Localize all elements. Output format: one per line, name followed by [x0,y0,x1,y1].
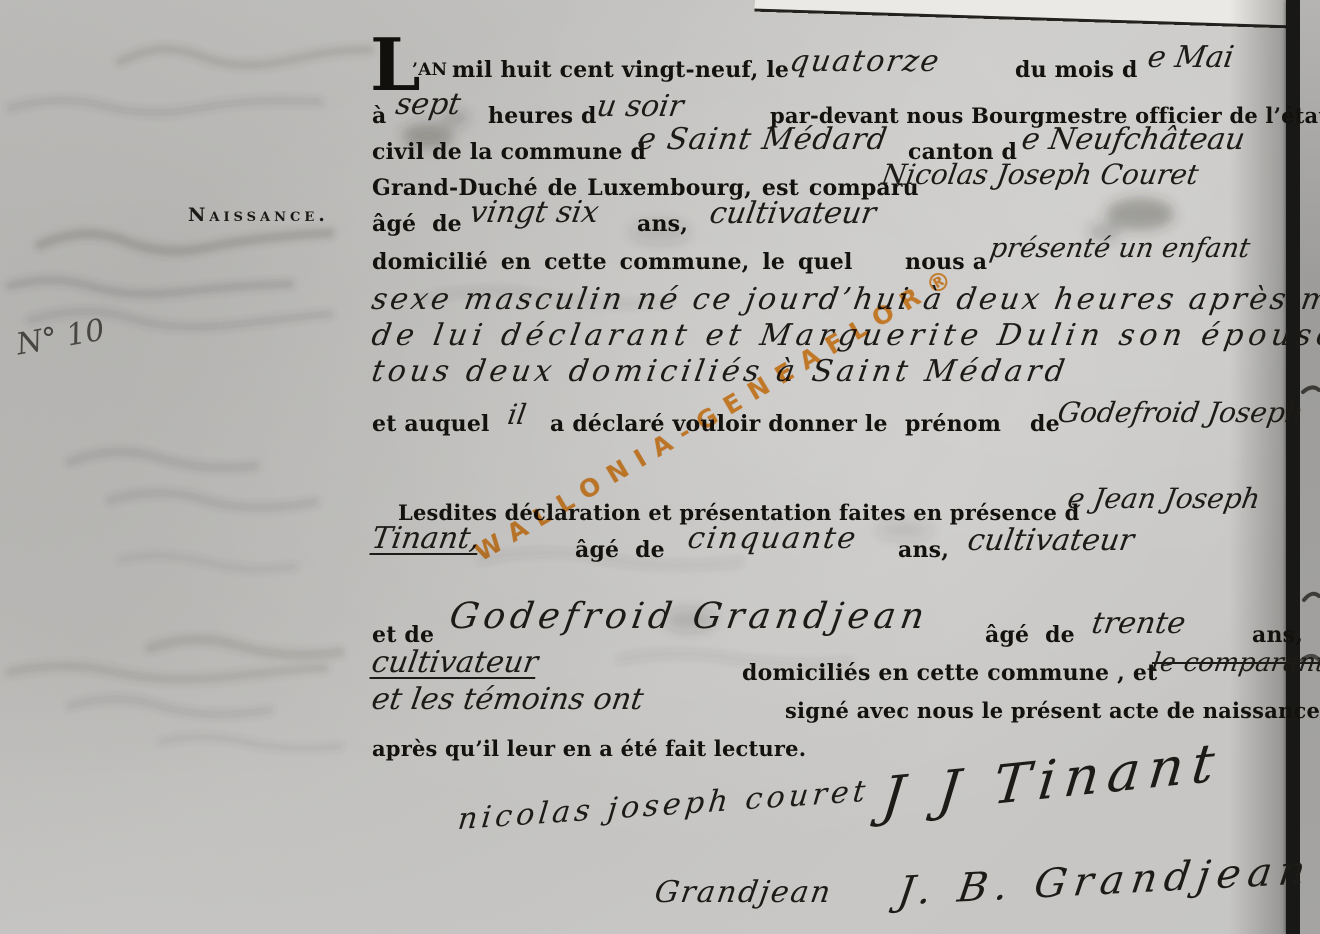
prenom-printed: prénom [905,411,1001,437]
act-hour-handwritten: sept [393,87,463,122]
parents-domicile-handwritten: tous deux domiciliés à Saint Médard [369,354,1071,389]
witness2-ans-printed: ans, [1252,622,1303,648]
act-year-printed: mil huit cent vingt-neuf, le [452,57,789,83]
witness1-age-handwritten: cinquante [685,521,860,556]
canton-handwritten: e Neufchâteau [1019,122,1247,157]
act-month-handwritten: e Mai [1145,40,1236,75]
commune-label-printed: civil de la commune d [372,139,646,165]
lecture-printed: après qu’il leur en a été fait lecture. [372,736,806,761]
ans-printed: ans, [637,211,688,237]
witness1-firstname-handwritten: e Jean Joseph [1065,482,1262,515]
signature-witness1: J J Tinant [879,731,1226,829]
hour-label-printed: heures d [488,103,597,129]
declarant-age-handwritten: vingt six [467,195,601,230]
child-birth-handwritten: sexe masculin né ce jourd’hui à deux heu… [369,282,1320,317]
act-period-handwritten: u soir [594,89,686,124]
act-type-label: Naissance. [188,204,329,226]
declarant-occupation-handwritten: cultivateur [707,196,878,231]
witness2-name-handwritten: Godefroid Grandjean [447,596,932,637]
witness1-ans-printed: ans, [898,537,949,563]
act-day-handwritten: quatorze [787,44,943,79]
signed-printed: signé avec nous le présent acte de naiss… [785,698,1320,723]
act-an-smallcaps: ’AN [412,60,447,80]
pronoun-handwritten: il [505,398,528,431]
domicile-printed: domicilié en cette commune, le quel [372,249,853,275]
witness2-age-handwritten: trente [1089,606,1188,641]
witness1-surname-handwritten: Tinant, [369,521,482,556]
witness1-age-label-printed: âgé de [575,537,665,563]
witness1-occupation-handwritten: cultivateur [965,523,1136,558]
hour-prefix-printed: à [372,103,386,129]
declarant-name-handwritten: Nicolas Joseph Couret [879,158,1201,191]
age-label-printed: âgé de [372,211,462,237]
signature-declarant: nicolas joseph couret [456,774,871,837]
comparant-handwritten: le comparant [1150,648,1320,678]
witness2-age-label-printed: âgé de [985,622,1075,648]
act-number: N° 10 [14,313,108,363]
commune-handwritten: e Saint Médard [635,122,890,157]
witness2-occupation-handwritten: cultivateur [369,645,540,680]
child-name-handwritten: Godefroid Joseph [1055,396,1305,429]
witnesses-domicile-printed: domiciliés en cette commune , et [742,660,1157,686]
document-page: Naissance. N° 10 L ’AN mil huit cent vin… [0,0,1320,934]
month-label-printed: du mois d [1015,57,1138,83]
presented-child-handwritten: présenté un enfant [988,233,1253,264]
signature-witness2: Grandjean [652,875,835,910]
book-spine-band [1286,0,1300,934]
adjacent-page-strip [1300,0,1320,934]
et-auquel-printed: et auquel [372,411,490,437]
temoins-ont-handwritten: et les témoins ont [369,682,646,717]
